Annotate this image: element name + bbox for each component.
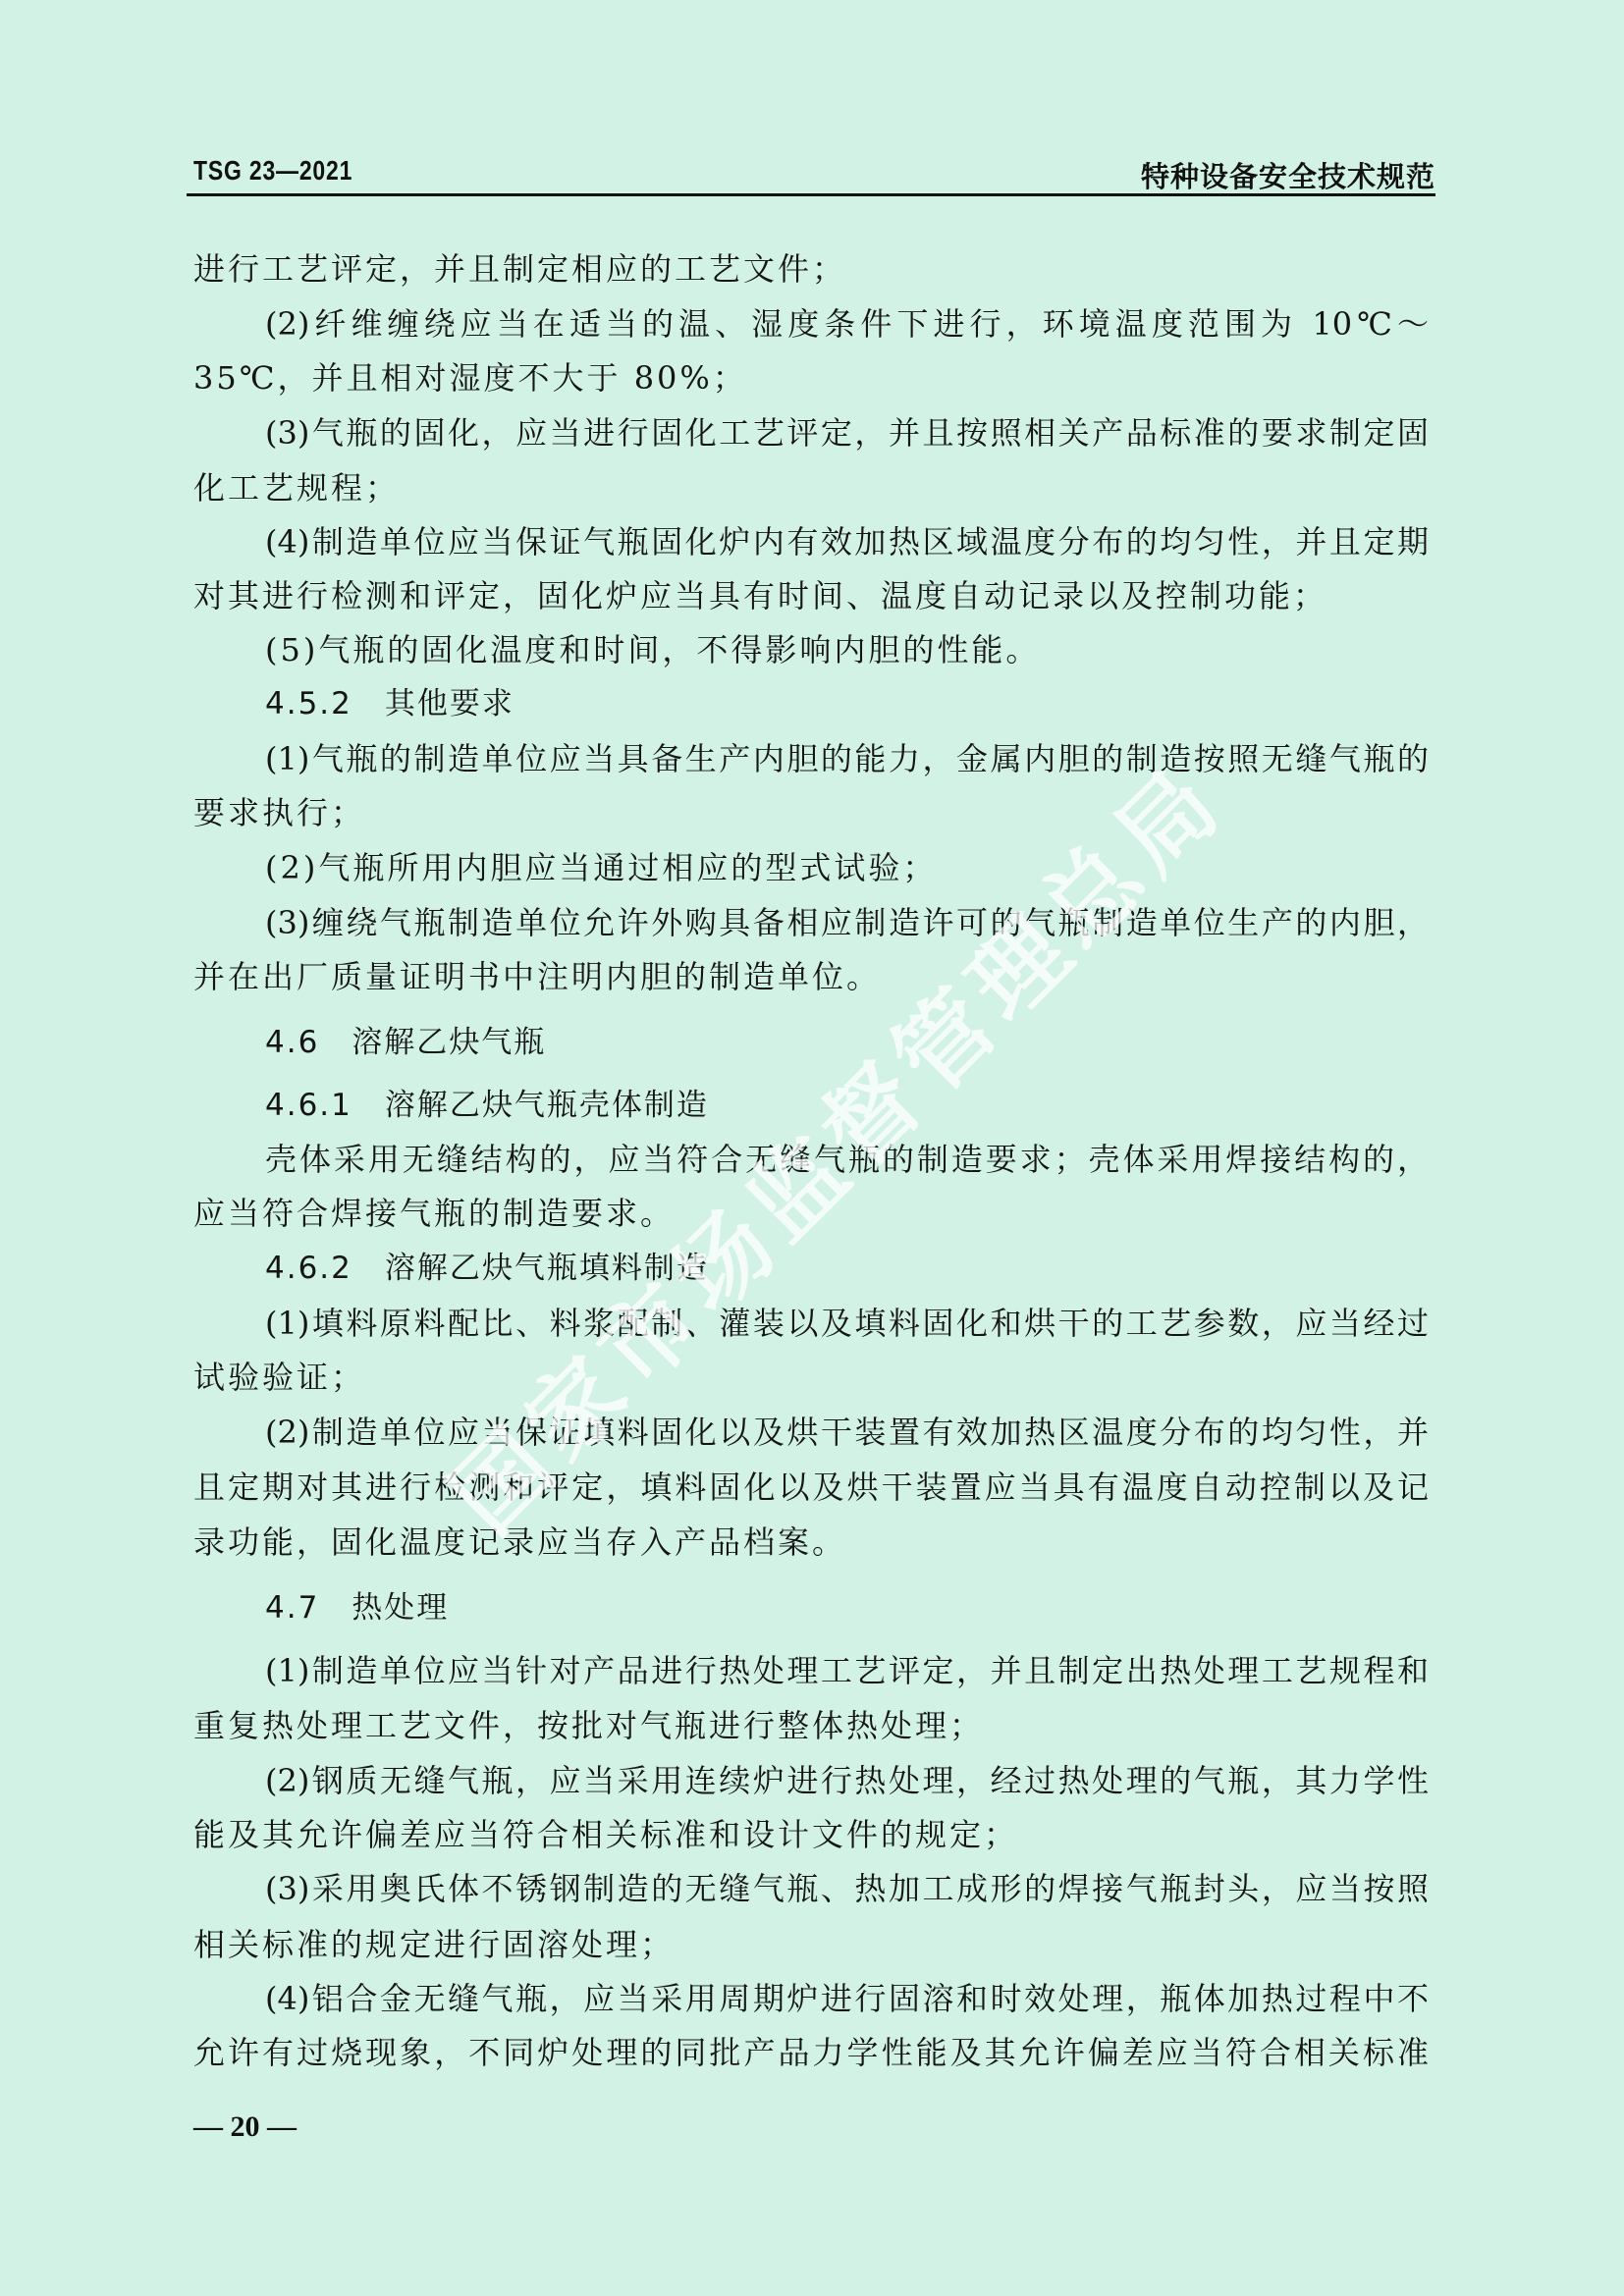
text-line: (1)制造单位应当针对产品进行热处理工艺评定，并且制定出热处理工艺规程和 — [265, 1651, 1429, 1690]
text-line: 35℃，并且相对湿度不大于 80%； — [193, 358, 1429, 398]
series-title: 特种设备安全技术规范 — [1141, 155, 1435, 195]
text-line: (3)采用奥氏体不锈钢制造的无缝气瓶、热加工成形的焊接气瓶封头，应当按照 — [265, 1869, 1429, 1908]
text-line: (2)气瓶所用内胆应当通过相应的型式试验； — [265, 848, 1429, 887]
text-line: (4)铝合金无缝气瓶，应当采用周期炉进行固溶和时效处理，瓶体加热过程中不 — [265, 1979, 1429, 2018]
page-number: — 20 — — [193, 2110, 297, 2144]
text-line: 要求执行； — [193, 793, 1429, 832]
document-page: TSG 23—2021 特种设备安全技术规范 进行工艺评定，并且制定相应的工艺文… — [0, 0, 1624, 2296]
standard-code: TSG 23—2021 — [193, 155, 352, 187]
text-line: 壳体采用无缝结构的，应当符合无缝气瓶的制造要求；壳体采用焊接结构的， — [265, 1140, 1429, 1179]
text-line: (3)缠绕气瓶制造单位允许外购具备相应制造许可的气瓶制造单位生产的内胆， — [265, 903, 1429, 942]
section-heading: 4.6 溶解乙炔气瓶 — [265, 1023, 1429, 1062]
text-line: 且定期对其进行检测和评定，填料固化以及烘干装置应当具有温度自动控制以及记 — [193, 1468, 1429, 1507]
section-heading: 4.7 热处理 — [265, 1588, 1429, 1628]
text-line: 试验验证； — [193, 1358, 1429, 1397]
text-line: 重复热处理工艺文件，按批对气瓶进行整体热处理； — [193, 1706, 1429, 1745]
text-line: 能及其允许偏差应当符合相关标准和设计文件的规定； — [193, 1815, 1429, 1854]
text-line: 对其进行检测和评定，固化炉应当具有时间、温度自动记录以及控制功能； — [193, 576, 1429, 615]
text-line: 化工艺规程； — [193, 468, 1429, 507]
section-heading: 4.6.2 溶解乙炔气瓶填料制造 — [265, 1249, 1429, 1288]
text-line: (3)气瓶的固化，应当进行固化工艺评定，并且按照相关产品标准的要求制定固 — [265, 413, 1429, 453]
text-line: 进行工艺评定，并且制定相应的工艺文件； — [193, 249, 1429, 289]
text-line: (2)钢质无缝气瓶，应当采用连续炉进行热处理，经过热处理的气瓶，其力学性 — [265, 1761, 1429, 1800]
text-line: (1)填料原料配比、料浆配制、灌装以及填料固化和烘干的工艺参数，应当经过 — [265, 1304, 1429, 1343]
text-line: (4)制造单位应当保证气瓶固化炉内有效加热区域温度分布的均匀性，并且定期 — [265, 522, 1429, 561]
text-line: 并在出厂质量证明书中注明内胆的制造单位。 — [193, 957, 1429, 996]
text-line: 录功能，固化温度记录应当存入产品档案。 — [193, 1522, 1429, 1562]
text-line: 应当符合焊接气瓶的制造要求。 — [193, 1194, 1429, 1233]
header-rule — [187, 193, 1435, 196]
text-line: 相关标准的规定进行固溶处理； — [193, 1925, 1429, 1964]
section-heading: 4.5.2 其他要求 — [265, 684, 1429, 723]
text-line: 允许有过烧现象，不同炉处理的同批产品力学性能及其允许偏差应当符合相关标准 — [193, 2033, 1429, 2072]
section-heading: 4.6.1 溶解乙炔气瓶壳体制造 — [265, 1086, 1429, 1125]
text-line: (2)制造单位应当保证填料固化以及烘干装置有效加热区温度分布的均匀性，并 — [265, 1413, 1429, 1452]
text-line: (5)气瓶的固化温度和时间，不得影响内胆的性能。 — [265, 630, 1429, 669]
text-line: (1)气瓶的制造单位应当具备生产内胆的能力，金属内胆的制造按照无缝气瓶的 — [265, 739, 1429, 778]
text-line: (2)纤维缠绕应当在适当的温、湿度条件下进行，环境温度范围为 10℃～ — [265, 304, 1429, 344]
